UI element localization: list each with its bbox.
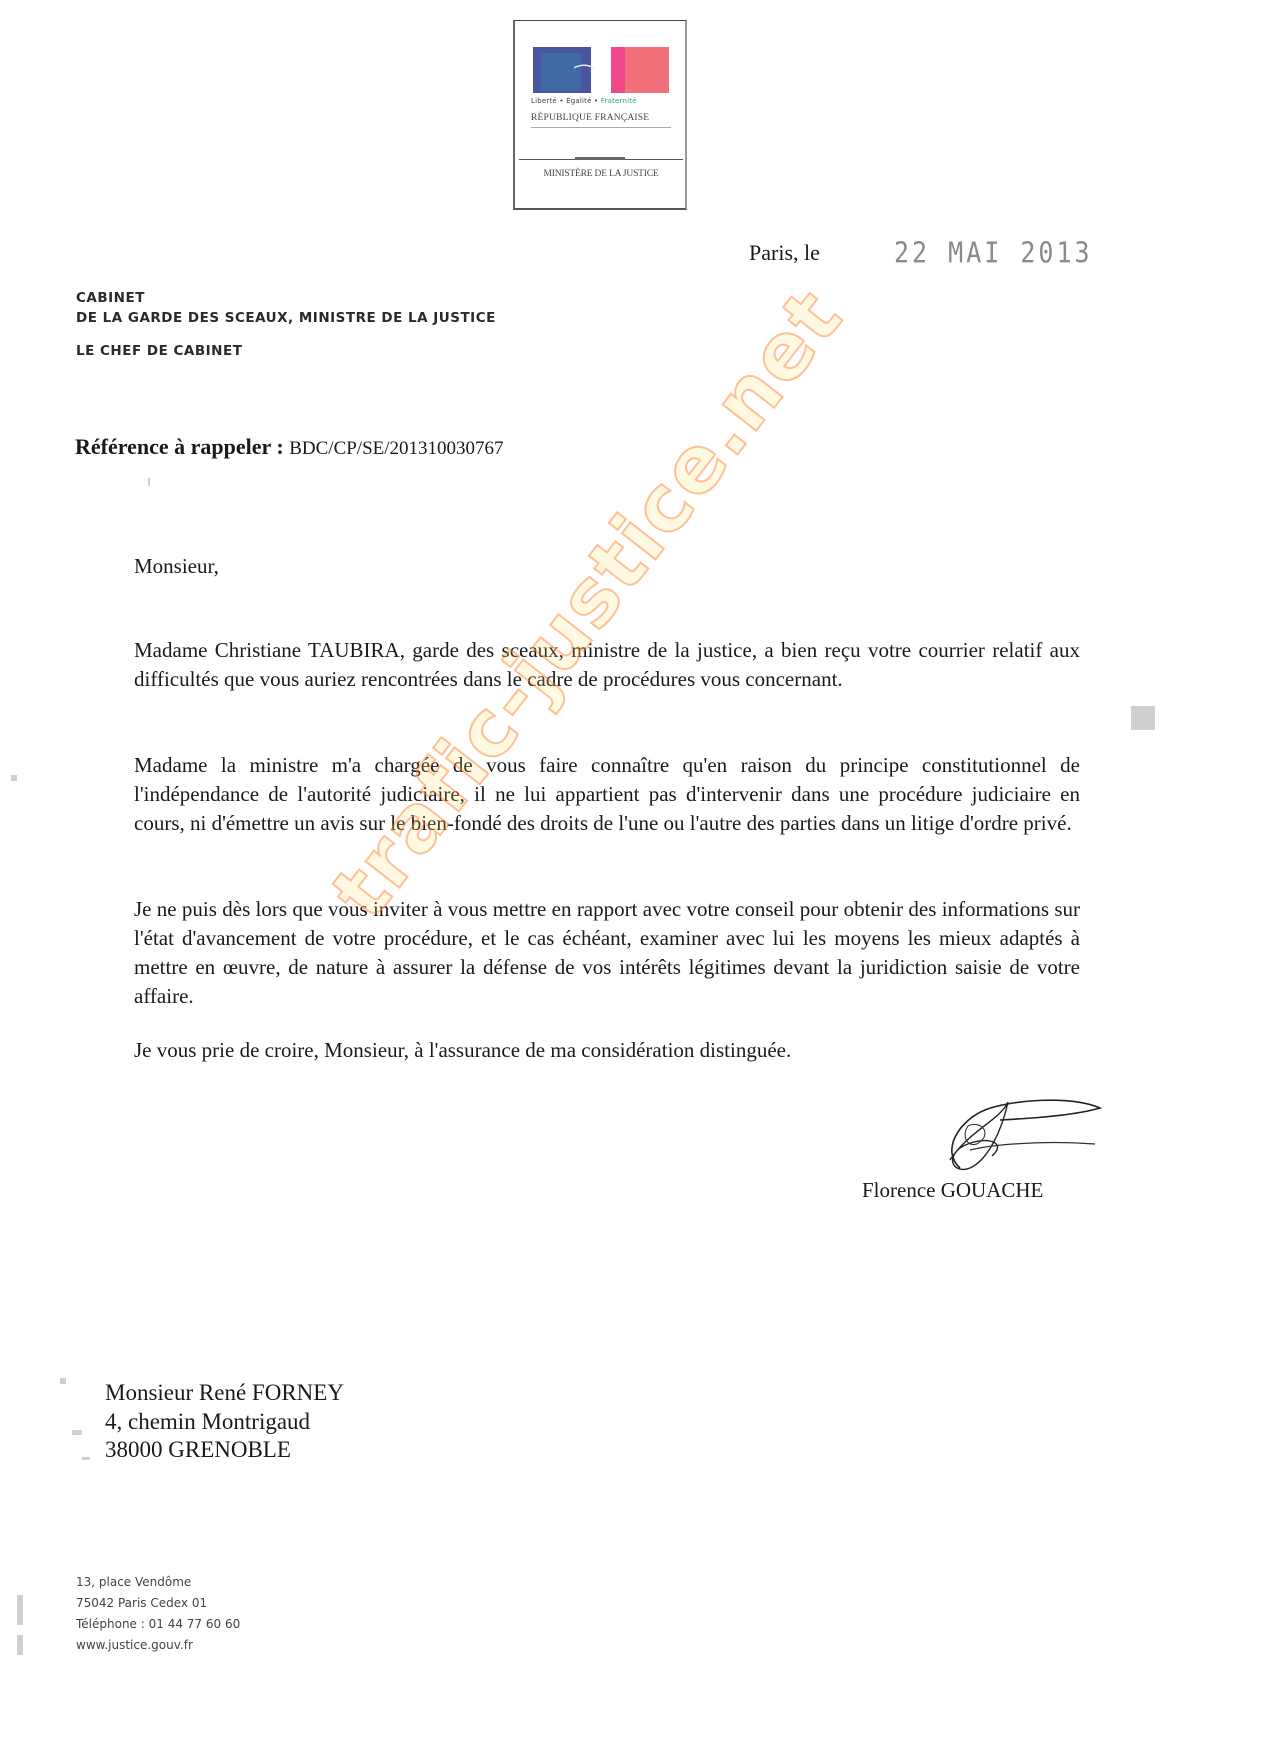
- salutation: Monsieur,: [134, 554, 219, 579]
- closing-paragraph: Je vous prie de croire, Monsieur, à l'as…: [134, 1036, 1080, 1065]
- date-place: Paris, le: [749, 240, 820, 266]
- handwritten-signature-icon: [930, 1090, 1110, 1180]
- ministry-logo: ⁀ Liberté • Égalité • Fraternité RÉPUBLI…: [513, 20, 687, 210]
- scan-mark: [72, 1430, 82, 1435]
- scan-mark: [17, 1595, 23, 1625]
- reference-label: Référence à rappeler :: [75, 434, 284, 459]
- logo-divider-accent: [575, 157, 625, 160]
- scan-mark: [60, 1378, 66, 1384]
- recipient-street: 4, chemin Montrigaud: [105, 1409, 310, 1435]
- scan-mark: [148, 478, 150, 486]
- scan-mark: [82, 1457, 90, 1460]
- footer-website[interactable]: www.justice.gouv.fr: [76, 1638, 193, 1652]
- scan-mark: [17, 1635, 23, 1655]
- scan-mark: [11, 775, 17, 781]
- recipient-city: 38000 GRENOBLE: [105, 1437, 291, 1463]
- reference-line: Référence à rappeler : BDC/CP/SE/2013100…: [75, 434, 504, 460]
- ministry-name: MINISTÈRE DE LA JUSTICE: [519, 169, 683, 179]
- paragraph-3: Je ne puis dès lors que vous inviter à v…: [134, 895, 1080, 1011]
- paragraph-2: Madame la ministre m'a chargée de vous f…: [134, 751, 1080, 838]
- sender-cabinet: CABINET: [76, 290, 145, 306]
- footer-address: 13, place Vendôme: [76, 1575, 191, 1589]
- sender-office: DE LA GARDE DES SCEAUX, MINISTRE DE LA J…: [76, 310, 496, 326]
- recipient-name: Monsieur René FORNEY: [105, 1380, 344, 1406]
- scan-mark: [1131, 706, 1155, 730]
- reference-value: BDC/CP/SE/201310030767: [289, 438, 503, 459]
- republic-motto: Liberté • Égalité • Fraternité: [531, 97, 671, 105]
- signer-name: Florence GOUACHE: [862, 1178, 1043, 1203]
- marianne-flag-icon: ⁀: [533, 47, 669, 93]
- date-stamp: 22 MAI 2013: [894, 236, 1093, 269]
- footer-phone: Téléphone : 01 44 77 60 60: [76, 1617, 240, 1631]
- footer-postal: 75042 Paris Cedex 01: [76, 1596, 207, 1610]
- sender-title: LE CHEF DE CABINET: [76, 343, 242, 359]
- republic-name: RÉPUBLIQUE FRANÇAISE: [531, 113, 671, 128]
